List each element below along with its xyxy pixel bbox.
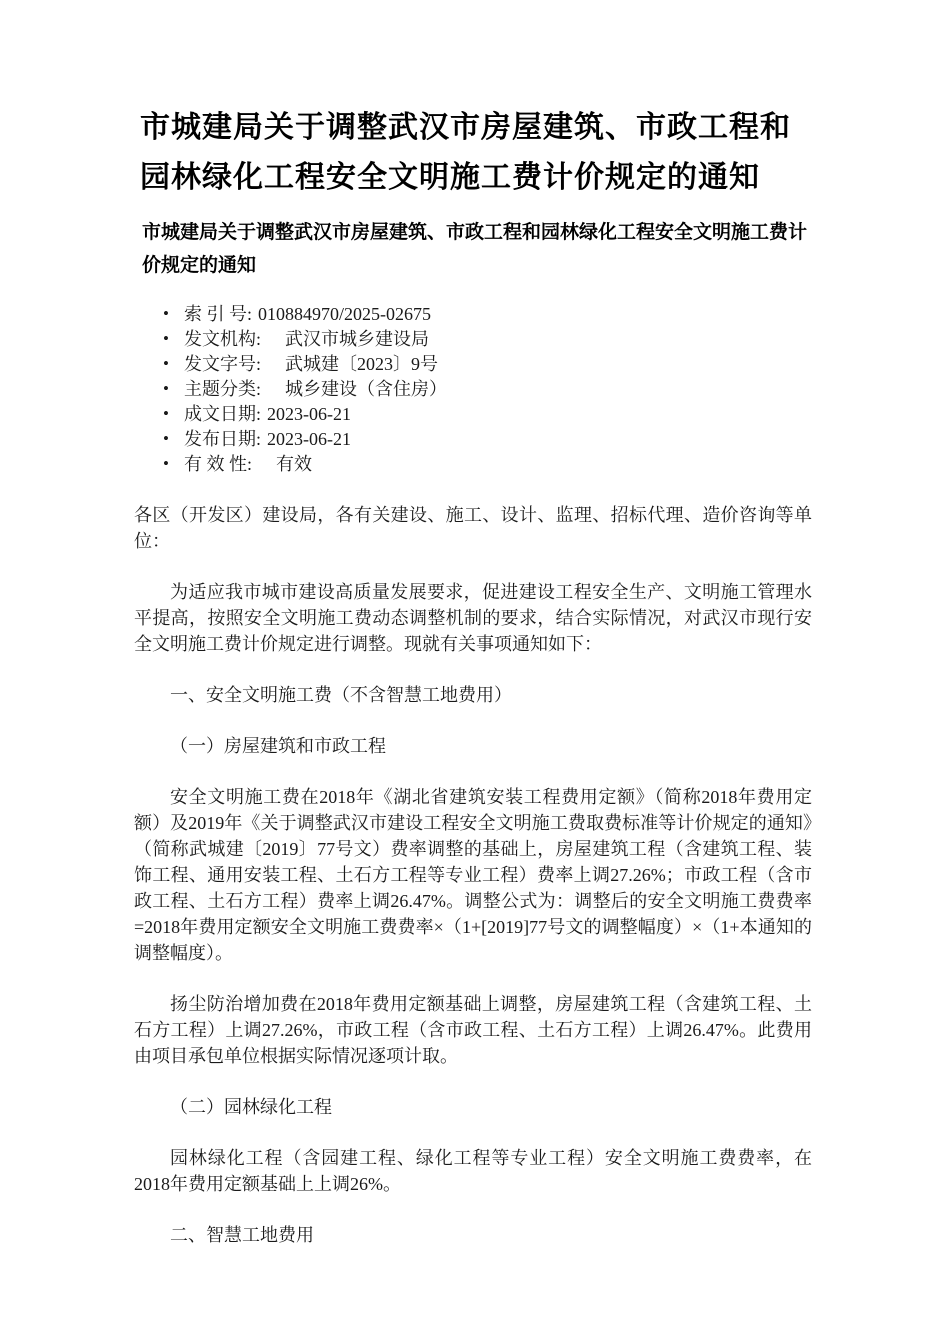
metadata-item-index-number: • 索 引 号:010884970/2025-02675: [184, 302, 812, 327]
metadata-value: 有效: [258, 454, 312, 474]
metadata-label: 主题分类:: [184, 379, 261, 399]
heading-subsection-1-2: （二）园林绿化工程: [134, 1094, 812, 1120]
metadata-label: 发布日期:: [184, 429, 261, 449]
metadata-label: 发文机构:: [184, 329, 261, 349]
metadata-item-publish-date: • 发布日期:2023-06-21: [184, 427, 812, 452]
metadata-item-validity: • 有 效 性: 有效: [184, 452, 812, 477]
metadata-label: 成文日期:: [184, 404, 261, 424]
document-body: 各区（开发区）建设局，各有关建设、施工、设计、监理、招标代理、造价咨询等单位： …: [134, 502, 812, 1248]
bullet-icon: •: [163, 326, 169, 351]
metadata-value: 武汉市城乡建设局: [267, 329, 429, 349]
paragraph-landscaping-fee: 园林绿化工程（含园建工程、绿化工程等专业工程）安全文明施工费费率，在2018年费…: [134, 1145, 812, 1197]
paragraph-fee-adjustment: 安全文明施工费在2018年《湖北省建筑安装工程费用定额》（简称2018年费用定额…: [134, 784, 812, 966]
document-subtitle: 市城建局关于调整武汉市房屋建筑、市政工程和园林绿化工程安全文明施工费计价规定的通…: [142, 216, 812, 282]
paragraph-salutation: 各区（开发区）建设局，各有关建设、施工、设计、监理、招标代理、造价咨询等单位：: [134, 502, 812, 554]
bullet-icon: •: [163, 351, 169, 376]
metadata-item-issuing-agency: • 发文机构: 武汉市城乡建设局: [184, 327, 812, 352]
metadata-item-document-number: • 发文字号: 武城建〔2023〕9号: [184, 352, 812, 377]
metadata-value: 010884970/2025-02675: [258, 304, 431, 324]
bullet-icon: •: [163, 451, 169, 476]
metadata-label: 有 效 性:: [184, 454, 252, 474]
bullet-icon: •: [163, 401, 169, 426]
metadata-list: • 索 引 号:010884970/2025-02675 • 发文机构: 武汉市…: [134, 302, 812, 477]
bullet-icon: •: [163, 376, 169, 401]
bullet-icon: •: [163, 426, 169, 451]
metadata-label: 发文字号:: [184, 354, 261, 374]
metadata-item-written-date: • 成文日期:2023-06-21: [184, 402, 812, 427]
paragraph-dust-control-fee: 扬尘防治增加费在2018年费用定额基础上调整，房屋建筑工程（含建筑工程、土石方工…: [134, 991, 812, 1069]
metadata-item-topic-category: • 主题分类: 城乡建设（含住房）: [184, 377, 812, 402]
heading-subsection-1-1: （一）房屋建筑和市政工程: [134, 733, 812, 759]
heading-section-1: 一、安全文明施工费（不含智慧工地费用）: [134, 682, 812, 708]
document-page: 市城建局关于调整武汉市房屋建筑、市政工程和园林绿化工程安全文明施工费计价规定的通…: [0, 0, 950, 1344]
metadata-value: 武城建〔2023〕9号: [267, 354, 438, 374]
metadata-value: 2023-06-21: [267, 429, 351, 449]
metadata-value: 2023-06-21: [267, 404, 351, 424]
metadata-value: 城乡建设（含住房）: [267, 379, 447, 399]
bullet-icon: •: [163, 301, 169, 326]
heading-section-2: 二、智慧工地费用: [134, 1222, 812, 1248]
paragraph-intro: 为适应我市城市建设高质量发展要求，促进建设工程安全生产、文明施工管理水平提高，按…: [134, 579, 812, 657]
document-title: 市城建局关于调整武汉市房屋建筑、市政工程和园林绿化工程安全文明施工费计价规定的通…: [140, 103, 812, 203]
metadata-label: 索 引 号:: [184, 304, 252, 324]
